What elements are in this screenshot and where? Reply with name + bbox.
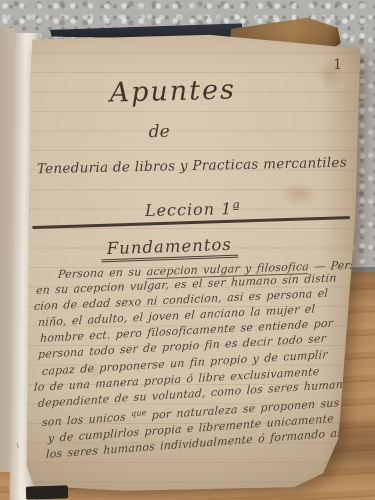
book-cover-bottom-corner bbox=[26, 485, 68, 499]
section-heading: Fundamentos bbox=[100, 235, 238, 263]
lesson-heading: Leccion 1ª bbox=[135, 199, 251, 220]
page-number: 1 bbox=[333, 57, 342, 73]
body-text: Persona en su acepcion vulgar y filosofi… bbox=[32, 267, 352, 463]
line10-inserted-word: que bbox=[131, 408, 147, 418]
photo-of-manuscript: ~ 1 Apuntes de Teneduria de libros y Pra… bbox=[0, 0, 375, 500]
manuscript-page: 1 Apuntes de Teneduria de libros y Pract… bbox=[24, 34, 362, 494]
stray-ink-mark: ~ bbox=[11, 441, 23, 451]
manuscript-page-wrap: 1 Apuntes de Teneduria de libros y Pract… bbox=[24, 34, 362, 494]
